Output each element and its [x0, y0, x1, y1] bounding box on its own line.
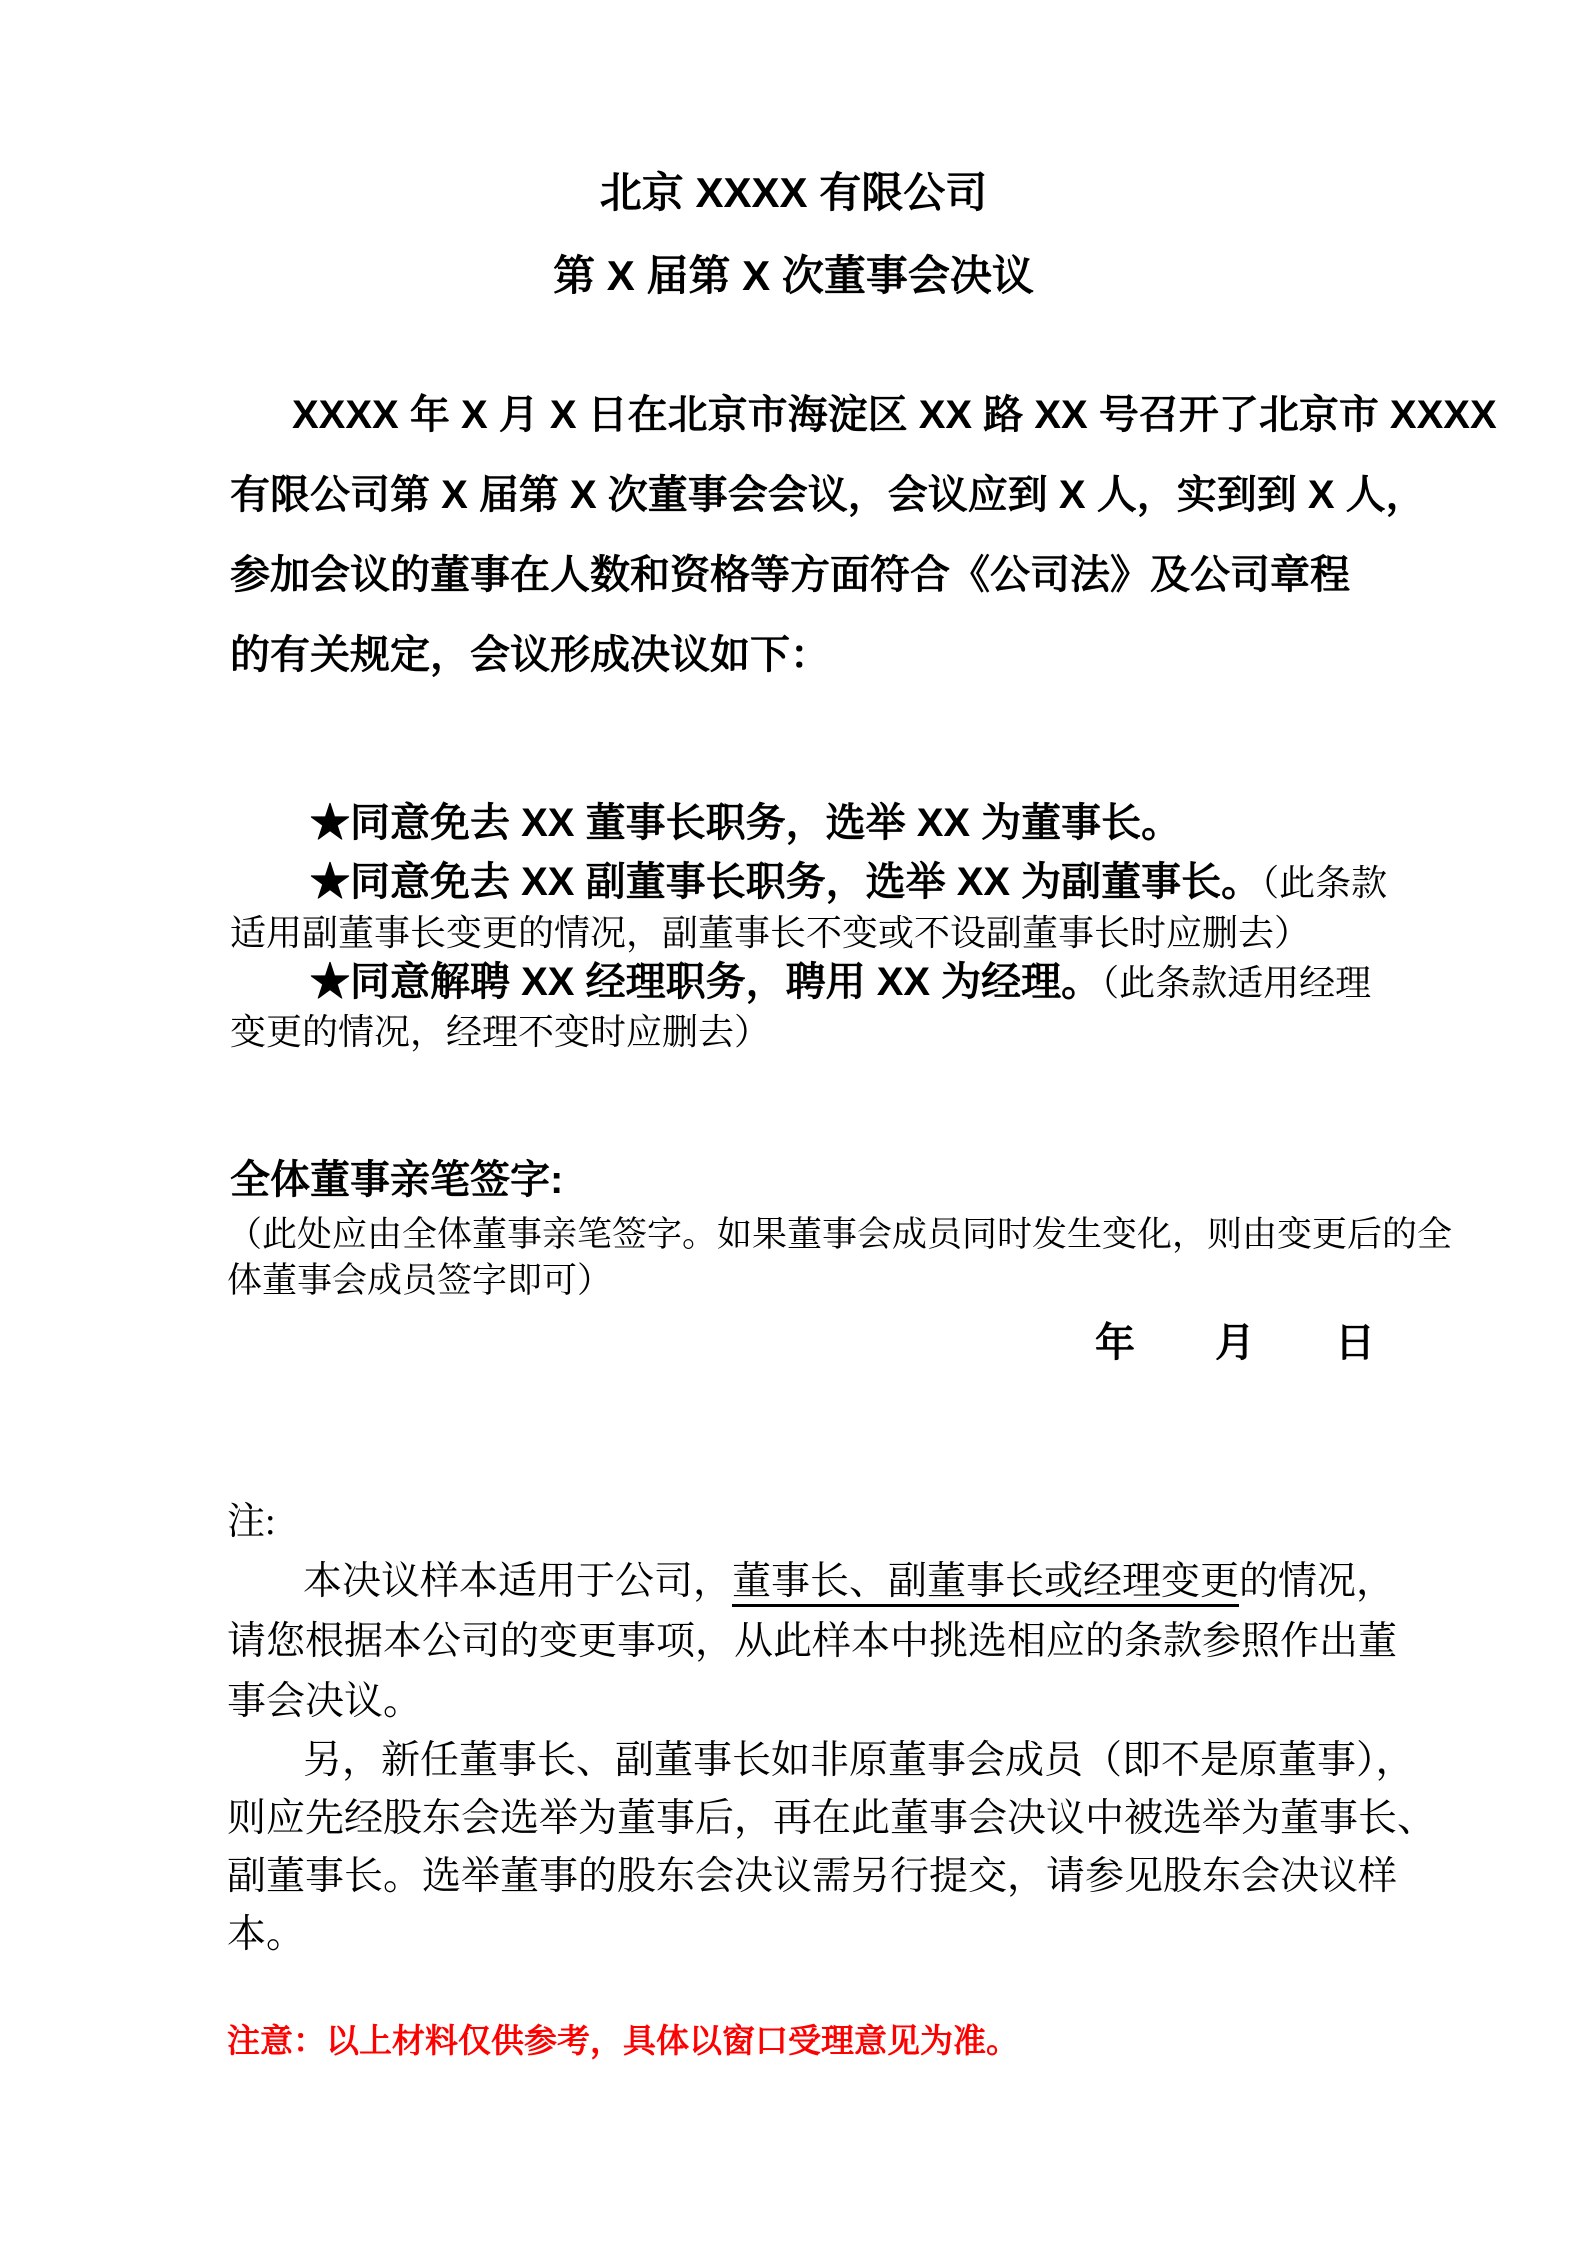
resolution-note-vice-chairman-cont: 适用副董事长变更的情况，副董事长不变或不设副董事长时应删去） — [230, 909, 1390, 957]
document-page: 北京 XXXX 有限公司 第 X 届第 X 次董事会决议 XXXX 年 X 月 … — [0, 0, 1587, 2245]
body-line: 的有关规定，会议形成决议如下： — [230, 615, 1380, 695]
notes-p2-line3: 副董事长。选举董事的股东会决议需另行提交，请参见股东会决议样 — [227, 1848, 1387, 1906]
resolution-note-manager-head: （此条款适用经理 — [1101, 963, 1371, 1003]
resolution-item-chairman: ★同意免去 XX 董事长职务，选举 XX 为董事长。 — [230, 790, 1390, 856]
notes-paragraph-1: 本决议样本适用于公司，董事长、副董事长或经理变更的情况， 请您根据本公司的变更事… — [227, 1552, 1387, 1732]
notes-p1-line1-underlined: 董事长、副董事长或经理变更 — [732, 1560, 1239, 1607]
resolution-note-vice-chairman-head: （此条款 — [1261, 863, 1387, 903]
notes-label: 注: — [227, 1498, 276, 1546]
notes-paragraph-2: 另，新任董事长、副董事长如非原董事会成员（即不是原董事）， 则应先经股东会选举为… — [227, 1732, 1387, 1964]
resolution-item-manager-text: ★同意解聘 XX 经理职务，聘用 XX 为经理。 — [310, 960, 1101, 1004]
signature-note: （此处应由全体董事亲笔签字。如果董事会成员同时发生变化，则由变更后的全 体董事会… — [227, 1212, 1387, 1304]
document-title: 北京 XXXX 有限公司 — [0, 160, 1587, 220]
body-line: 参加会议的董事在人数和资格等方面符合《公司法》及公司章程 — [230, 535, 1380, 615]
notes-p1-line3: 事会决议。 — [227, 1672, 1387, 1732]
signature-note-line: 体董事会成员签字即可） — [227, 1258, 1387, 1304]
body-line: 有限公司第 X 届第 X 次董事会会议，会议应到 X 人，实到到 X 人， — [230, 455, 1380, 535]
body-paragraph: XXXX 年 X 月 X 日在北京市海淀区 XX 路 XX 号召开了北京市 XX… — [230, 375, 1380, 695]
resolutions-list: ★同意免去 XX 董事长职务，选举 XX 为董事长。 ★同意免去 XX 副董事长… — [230, 790, 1390, 1056]
notes-p2-line4: 本。 — [227, 1906, 1387, 1964]
resolution-item-vice-chairman: ★同意免去 XX 副董事长职务，选举 XX 为副董事长。（此条款 — [230, 856, 1390, 909]
footer-warning: 注意：以上材料仅供参考，具体以窗口受理意见为准。 — [227, 2020, 1019, 2065]
signature-note-line: （此处应由全体董事亲笔签字。如果董事会成员同时发生变化，则由变更后的全 — [227, 1212, 1387, 1258]
body-line: XXXX 年 X 月 X 日在北京市海淀区 XX 路 XX 号召开了北京市 XX… — [230, 375, 1380, 455]
resolution-item-vice-chairman-text: ★同意免去 XX 副董事长职务，选举 XX 为副董事长。 — [310, 860, 1261, 904]
notes-p1-line1: 本决议样本适用于公司，董事长、副董事长或经理变更的情况， — [227, 1552, 1387, 1612]
notes-p2-line1: 另，新任董事长、副董事长如非原董事会成员（即不是原董事）， — [227, 1732, 1387, 1790]
resolution-item-manager: ★同意解聘 XX 经理职务，聘用 XX 为经理。（此条款适用经理 — [230, 957, 1390, 1008]
notes-p2-line2: 则应先经股东会选举为董事后，再在此董事会决议中被选举为董事长、 — [227, 1790, 1387, 1848]
notes-p1-line2: 请您根据本公司的变更事项，从此样本中挑选相应的条款参照作出董 — [227, 1612, 1387, 1672]
notes-p1-line1-suffix: 的情况， — [1239, 1560, 1395, 1603]
signature-heading: 全体董事亲笔签字: — [230, 1155, 563, 1205]
document-subtitle: 第 X 届第 X 次董事会决议 — [0, 243, 1587, 303]
resolution-note-manager-cont: 变更的情况，经理不变时应删去） — [230, 1008, 1390, 1056]
date-line: 年 月 日 — [1095, 1318, 1375, 1368]
notes-p1-line1-prefix: 本决议样本适用于公司， — [303, 1560, 732, 1603]
